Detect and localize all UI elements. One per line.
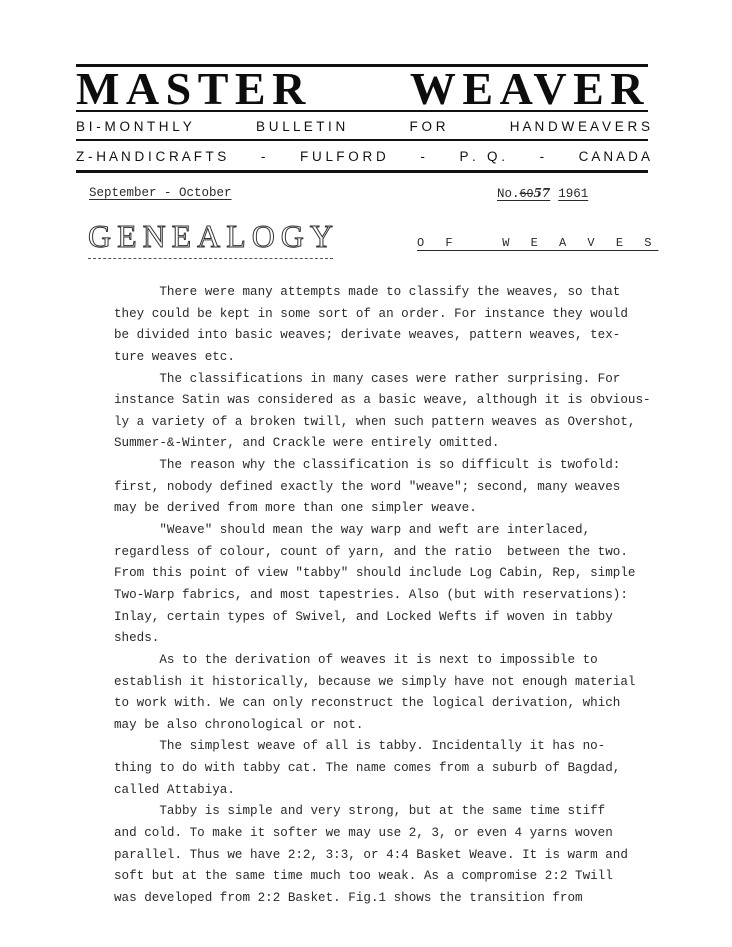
article-title-rest: O F W E A V E S (417, 236, 658, 250)
article-line: and cold. To make it softer we may use 2… (114, 823, 674, 845)
publisher-part: C A N A D A (579, 149, 650, 164)
subtitle-part: F O R (409, 119, 445, 134)
article-line: The classifications in many cases were r… (114, 369, 674, 391)
masthead-word: MASTER (76, 67, 312, 110)
publisher-part: - (420, 149, 425, 164)
decorative-letter: G (88, 220, 111, 252)
article-line: they could be kept in some sort of an or… (114, 304, 674, 326)
publisher-part: Z - H A N D I C R A F T S (76, 149, 226, 164)
decorative-letter: L (226, 220, 246, 252)
article-line: to work with. We can only reconstruct th… (114, 693, 674, 715)
article-line: As to the derivation of weaves it is nex… (114, 650, 674, 672)
issue-number: No.60571961 (497, 186, 588, 201)
subtitle-part: B I - M O N T H L Y (76, 119, 192, 134)
decorative-letter: N (143, 220, 166, 252)
article-line: The reason why the classification is so … (114, 455, 674, 477)
article-line: ture weaves etc. (114, 347, 674, 369)
masthead-title: MASTER WEAVER (76, 67, 650, 110)
masthead-rule (76, 110, 648, 112)
decorative-letter: E (117, 220, 137, 252)
article-line: Inlay, certain types of Swivel, and Lock… (114, 607, 674, 629)
article-line: instance Satin was considered as a basic… (114, 390, 674, 412)
article-line: thing to do with tabby cat. The name com… (114, 758, 674, 780)
article-line: called Attabiya. (114, 780, 674, 802)
masthead-word: WEAVER (410, 67, 650, 110)
handwritten-issue-number: 57 (534, 186, 551, 200)
article-line: establish it historically, because we si… (114, 672, 674, 694)
article-line: parallel. Thus we have 2:2, 3:3, or 4:4 … (114, 845, 674, 867)
article-title-decorative: G E N E A L O G Y (88, 218, 333, 259)
subtitle-part: H A N D W E A V E R S (510, 119, 650, 134)
article-line: "Weave" should mean the way warp and wef… (114, 520, 674, 542)
issue-year: 1961 (558, 187, 588, 201)
article-line: was developed from 2:2 Basket. Fig.1 sho… (114, 888, 674, 910)
masthead-publisher: Z - H A N D I C R A F T S - F U L F O R … (76, 142, 650, 170)
decorative-letter: A (197, 220, 220, 252)
masthead-rule-bottom (76, 170, 648, 173)
publisher-part: - (540, 149, 545, 164)
masthead-rule (76, 139, 648, 141)
article-line: be divided into basic weaves; derivate w… (114, 325, 674, 347)
struck-issue-number: 60 (520, 187, 534, 200)
article-line: soft but at the same time much too weak.… (114, 866, 674, 888)
article-line: may be derived from more than one simple… (114, 498, 674, 520)
article-line: may be also chronological or not. (114, 715, 674, 737)
publisher-part: F U L F O R D (300, 149, 386, 164)
decorative-letter: E (172, 220, 192, 252)
publisher-part: - (261, 149, 266, 164)
article-body: There were many attempts made to classif… (114, 282, 674, 910)
article-line: The simplest weave of all is tabby. Inci… (114, 736, 674, 758)
issue-number-prefix: No. (497, 187, 520, 201)
article-line: first, nobody defined exactly the word "… (114, 477, 674, 499)
article-line: ly a variety of a broken twill, when suc… (114, 412, 674, 434)
article-line: Tabby is simple and very strong, but at … (114, 801, 674, 823)
masthead-subtitle: B I - M O N T H L Y B U L L E T I N F O … (76, 113, 650, 139)
subtitle-part: B U L L E T I N (256, 119, 345, 134)
article-line: There were many attempts made to classif… (114, 282, 674, 304)
article-line: Summer-&-Winter, and Crackle were entire… (114, 433, 674, 455)
article-line: Two-Warp fabrics, and most tapestries. A… (114, 585, 674, 607)
decorative-letter: G (281, 220, 304, 252)
article-line: regardless of colour, count of yarn, and… (114, 542, 674, 564)
issue-date: September - October (89, 186, 232, 200)
decorative-letter: Y (310, 220, 333, 252)
publisher-part: P . Q . (459, 149, 505, 164)
article-line: sheds. (114, 628, 674, 650)
article-line: From this point of view "tabby" should i… (114, 563, 674, 585)
decorative-letter: O (252, 220, 275, 252)
